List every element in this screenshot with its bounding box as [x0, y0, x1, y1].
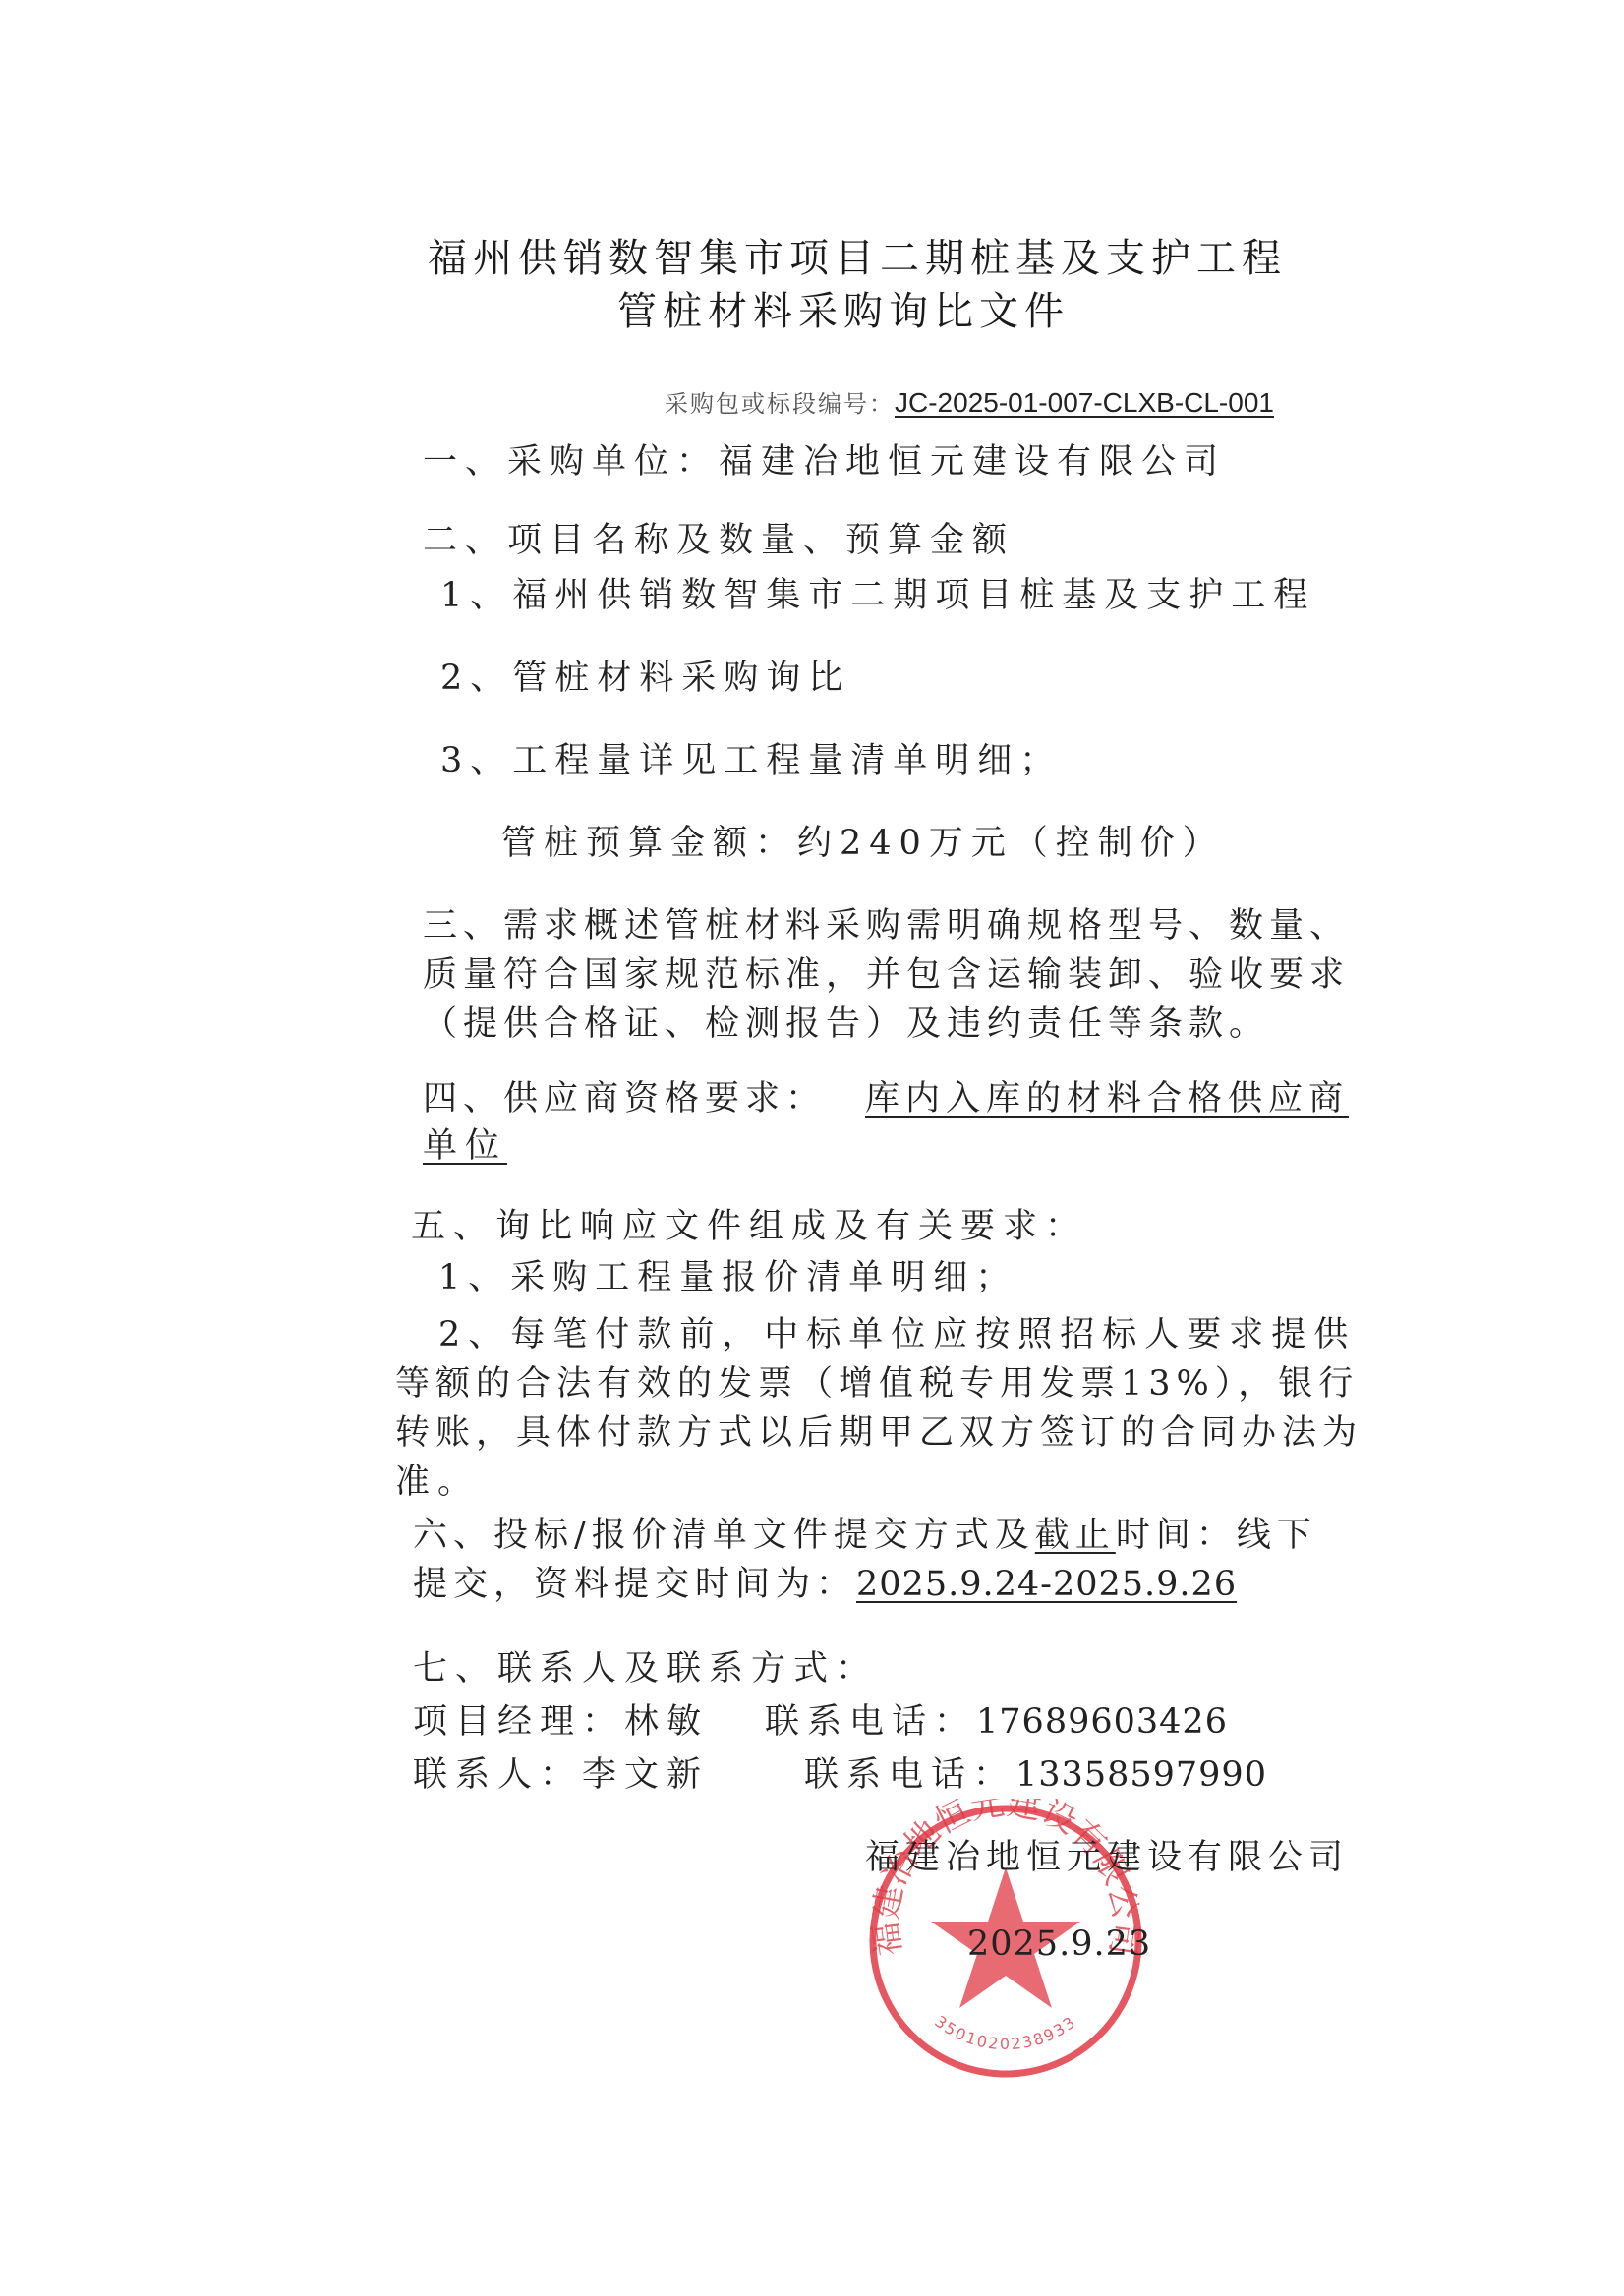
contact-name: 林敏	[624, 1702, 709, 1742]
svg-text:3501020238933: 3501020238933	[931, 2012, 1079, 2053]
section-6-line-1: 六、投标/报价清单文件提交方式及截止时间：线下	[413, 1514, 1317, 1557]
section-2-item-1: 1、福州供销数智集市二期项目桩基及支护工程	[440, 574, 1315, 617]
section-5-heading: 五、询比响应文件组成及有关要求：	[411, 1205, 1087, 1248]
section-2-item-2: 2、管桩材料采购询比	[440, 657, 850, 700]
section-4-qualification: 四、供应商资格要求：库内入库的材料合格供应商	[423, 1077, 1349, 1120]
title-line-1: 福州供销数智集市项目二期桩基及支护工程	[428, 234, 1287, 283]
reference-code: JC-2025-01-007-CLXB-CL-001	[895, 387, 1274, 418]
contact-project-manager: 项目经理：林敏	[413, 1700, 709, 1744]
section-2-item-3: 3、工程量详见工程量清单明细；	[440, 739, 1062, 782]
section-3-line-1: 三、需求概述管桩材料采购需明确规格型号、数量、	[423, 904, 1350, 947]
signature-date: 2025.9.23	[967, 1923, 1151, 1966]
section-3-line-2: 质量符合国家规范标准，并包含运输装卸、验收要求	[423, 953, 1350, 997]
section-3-line-3: （提供合格证、检测报告）及违约责任等条款。	[423, 1003, 1269, 1046]
submission-period: 2025.9.24-2025.9.26	[856, 1565, 1237, 1604]
section-4-value: 库内入库的材料合格供应商	[826, 1079, 1349, 1119]
section-2-budget: 管桩预算金额：约240万元（控制价）	[501, 822, 1225, 865]
contact-person: 联系人：李文新	[413, 1753, 709, 1797]
contact-project-manager-phone: 联系电话：17689603426	[765, 1700, 1228, 1744]
contact-name: 李文新	[582, 1755, 709, 1795]
title-line-2: 管桩材料采购询比文件	[617, 287, 1070, 336]
signature-company: 福建冶地恒元建设有限公司	[865, 1836, 1349, 1879]
document-page: 福州供销数智集市项目二期桩基及支护工程 管桩材料采购询比文件 采购包或标段编号：…	[0, 0, 1624, 2296]
section-4-label: 四、供应商资格要求：	[423, 1079, 826, 1119]
section-5-item-1: 1、采购工程量报价清单明细；	[438, 1256, 1017, 1299]
reference-number: 采购包或标段编号：JC-2025-01-007-CLXB-CL-001	[665, 379, 1274, 426]
section-1-purchaser: 一、采购单位：福建冶地恒元建设有限公司	[423, 440, 1226, 484]
contact-phone: 13358597990	[1015, 1755, 1267, 1795]
deadline-word: 截止	[1035, 1516, 1116, 1555]
section-5-item-2-line-4: 准。	[395, 1461, 480, 1504]
reference-label: 采购包或标段编号：	[665, 390, 895, 418]
section-4-value-line-2: 单位	[423, 1124, 625, 1168]
section-5-item-2-line-3: 转账，具体付款方式以后期甲乙双方签订的合同办法为	[395, 1411, 1363, 1455]
section-6-line-2: 提交，资料提交时间为：2025.9.24-2025.9.26	[413, 1563, 1237, 1606]
contact-person-phone: 联系电话：13358597990	[804, 1753, 1267, 1797]
section-7-heading: 七、联系人及联系方式：	[413, 1647, 878, 1691]
section-2-heading: 二、项目名称及数量、预算金额	[423, 519, 1015, 562]
contact-phone: 17689603426	[976, 1702, 1228, 1742]
section-5-item-2-line-2: 等额的合法有效的发票（增值税专用发票13%），银行	[395, 1362, 1359, 1406]
section-5-item-2-line-1: 2、每笔付款前，中标单位应按照招标人要求提供	[438, 1313, 1356, 1356]
